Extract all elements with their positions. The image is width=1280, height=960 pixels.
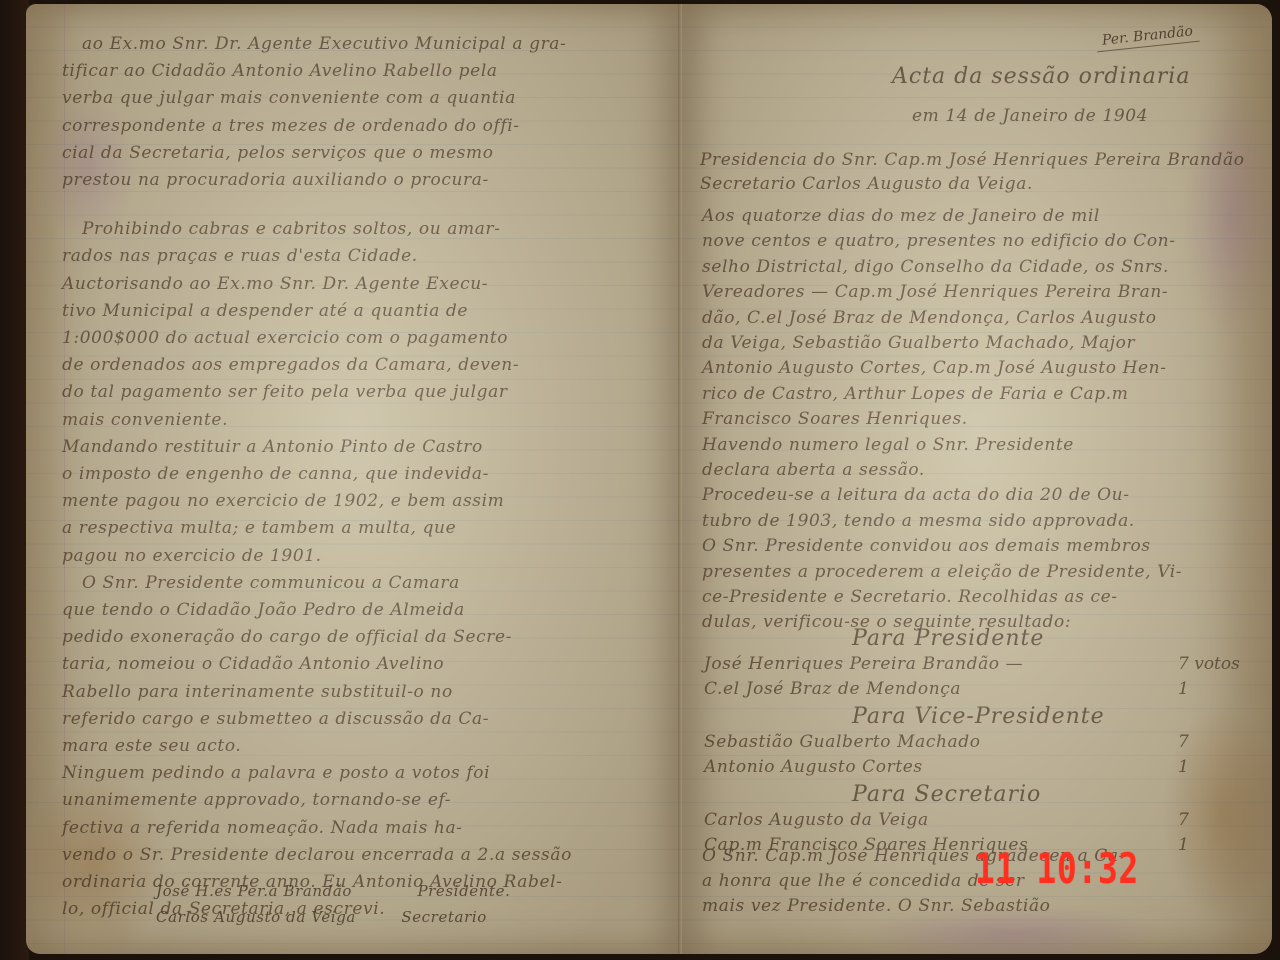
handwritten-line: mais conveniente. xyxy=(62,410,228,430)
handwritten-line: O Snr. Presidente convidou aos demais me… xyxy=(702,536,1151,556)
handwritten-line: vendo o Sr. Presidente declarou encerrad… xyxy=(62,845,572,865)
handwritten-line: selho Districtal, digo Conselho da Cidad… xyxy=(702,257,1169,277)
candidate-name: Antonio Augusto Cortes xyxy=(704,757,923,777)
handwritten-line: Aos quatorze dias do mez de Janeiro de m… xyxy=(702,206,1100,226)
secretary-line: Secretario Carlos Augusto da Veiga. xyxy=(700,174,1033,194)
handwritten-line: ao Ex.mo Snr. Dr. Agente Executivo Munic… xyxy=(82,34,566,54)
handwritten-line: mara este seu acto. xyxy=(62,736,241,756)
candidate-name: Carlos Augusto da Veiga xyxy=(704,810,929,830)
handwritten-line: Procedeu-se a leitura da acta do dia 20 … xyxy=(702,485,1130,505)
election-heading: Para Vice-Presidente xyxy=(852,704,1105,729)
handwritten-line: rados nas praças e ruas d'esta Cidade. xyxy=(62,246,418,266)
minutes-date: em 14 de Janeiro de 1904 xyxy=(912,106,1148,126)
election-heading: Para Presidente xyxy=(852,626,1044,651)
signature-president: José H.es Per.a Brandão Presidente. xyxy=(156,882,511,900)
handwritten-line: unanimemente approvado, tornando-se ef- xyxy=(62,790,451,810)
ledger-photo: ao Ex.mo Snr. Dr. Agente Executivo Munic… xyxy=(0,0,1280,960)
handwritten-line: dão, C.el José Braz de Mendonça, Carlos … xyxy=(702,308,1157,328)
handwritten-line: Havendo numero legal o Snr. Presidente xyxy=(702,435,1074,455)
presidency-line: Presidencia do Snr. Cap.m José Henriques… xyxy=(700,150,1245,170)
right-page: Per. Brandão Acta da sessão ordinaria em… xyxy=(682,4,1272,954)
candidate-name: Sebastião Gualberto Machado xyxy=(704,732,981,752)
handwritten-line: de ordenados aos empregados da Camara, d… xyxy=(62,355,519,375)
handwritten-line: mais vez Presidente. O Snr. Sebastião xyxy=(702,896,1051,916)
vote-count: 7 xyxy=(1178,732,1189,752)
minutes-title: Acta da sessão ordinaria xyxy=(892,64,1190,89)
handwritten-line: nove centos e quatro, presentes no edifi… xyxy=(702,231,1176,251)
handwritten-line: Francisco Soares Henriques. xyxy=(702,409,968,429)
handwritten-line: presentes a procederem a eleição de Pres… xyxy=(702,562,1182,582)
handwritten-line: fectiva a referida nomeação. Nada mais h… xyxy=(62,818,463,838)
handwritten-line: prestou na procuradoria auxiliando o pro… xyxy=(62,170,489,190)
page-annotation: Per. Brandão xyxy=(1095,23,1200,53)
election-heading: Para Secretario xyxy=(852,782,1041,807)
handwritten-line: ce-Presidente e Secretario. Recolhidas a… xyxy=(702,587,1118,607)
camera-date-stamp: 11 10:32 xyxy=(975,844,1139,893)
handwritten-line: Vereadores — Cap.m José Henriques Pereir… xyxy=(702,282,1168,302)
handwritten-line: referido cargo e submetteo a discussão d… xyxy=(62,709,489,729)
vote-count: 7 xyxy=(1178,810,1189,830)
handwritten-line: tificar ao Cidadão Antonio Avelino Rabel… xyxy=(62,61,498,81)
handwritten-line: do tal pagamento ser feito pela verba qu… xyxy=(62,382,508,402)
handwritten-line: Mandando restituir a Antonio Pinto de Ca… xyxy=(62,437,483,457)
ink-stain xyxy=(1182,84,1272,344)
handwritten-line: Antonio Augusto Cortes, Cap.m José Augus… xyxy=(702,358,1167,378)
candidate-name: José Henriques Pereira Brandão — xyxy=(704,654,1023,674)
handwritten-line: 1:000$000 do actual exercicio com o paga… xyxy=(62,328,508,348)
handwritten-line: Rabello para interinamente substituil-o … xyxy=(62,682,453,702)
left-page: ao Ex.mo Snr. Dr. Agente Executivo Munic… xyxy=(26,4,682,954)
handwritten-line: mente pagou no exercicio de 1902, e bem … xyxy=(62,491,504,511)
vote-count: 1 xyxy=(1178,679,1189,699)
handwritten-line: rico de Castro, Arthur Lopes de Faria e … xyxy=(702,384,1128,404)
handwritten-line: verba que julgar mais conveniente com a … xyxy=(62,88,516,108)
handwritten-line: pagou no exercicio de 1901. xyxy=(62,546,322,566)
vote-count: 1 xyxy=(1178,835,1189,855)
candidate-name: C.el José Braz de Mendonça xyxy=(704,679,961,699)
handwritten-line: Ninguem pedindo a palavra e posto a voto… xyxy=(62,763,490,783)
handwritten-line: cial da Secretaria, pelos serviços que o… xyxy=(62,143,494,163)
handwritten-line: da Veiga, Sebastião Gualberto Machado, M… xyxy=(702,333,1135,353)
handwritten-line: taria, nomeiou o Cidadão Antonio Avelino xyxy=(62,654,444,674)
handwritten-line: que tendo o Cidadão João Pedro de Almeid… xyxy=(62,600,465,620)
handwritten-line: a respectiva multa; e tambem a multa, qu… xyxy=(62,518,456,538)
handwritten-line: tubro de 1903, tendo a mesma sido approv… xyxy=(702,511,1135,531)
handwritten-line: tivo Municipal a despender até a quantia… xyxy=(62,301,468,321)
handwritten-line: Auctorisando ao Ex.mo Snr. Dr. Agente Ex… xyxy=(62,274,488,294)
handwritten-line: o imposto de engenho de canna, que indev… xyxy=(62,464,489,484)
vote-count: 7 votos xyxy=(1178,654,1240,674)
vote-count: 1 xyxy=(1178,757,1189,777)
handwritten-line: Prohibindo cabras e cabritos soltos, ou … xyxy=(82,219,501,239)
handwritten-line: O Snr. Presidente communicou a Camara xyxy=(82,573,460,593)
signature-secretary: Carlos Augusto da Veiga Secretario xyxy=(156,908,487,926)
handwritten-line: declara aberta a sessão. xyxy=(702,460,925,480)
handwritten-line: pedido exoneração do cargo de official d… xyxy=(62,627,512,647)
handwritten-line: correspondente a tres mezes de ordenado … xyxy=(62,116,520,136)
